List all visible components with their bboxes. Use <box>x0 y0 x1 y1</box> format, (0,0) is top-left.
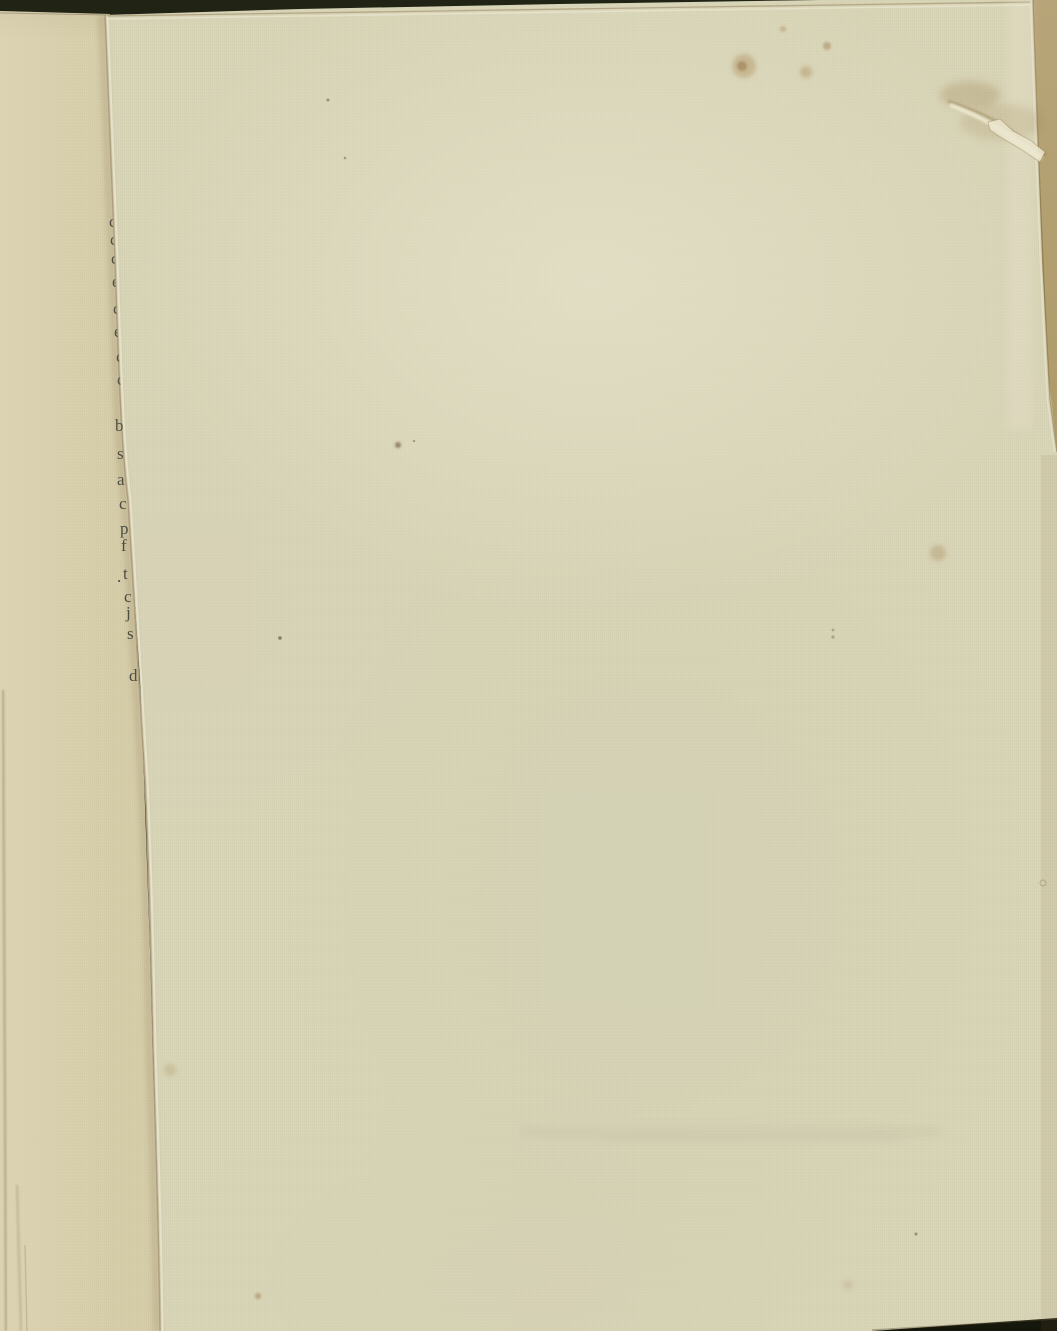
page-edge-letter: f <box>121 537 127 554</box>
page-edge-letter: b <box>115 417 124 434</box>
page-edge-letter: s <box>117 445 124 462</box>
book-scan: cccececcbsacpf.tcjsd <box>0 0 1057 1331</box>
page-edge-letter: a <box>117 471 125 488</box>
right-page-blank-leaf <box>0 0 1057 1331</box>
page-edge-letter: s <box>127 625 134 642</box>
page-edge-letter: d <box>129 667 138 684</box>
page-edge-letter: . <box>117 568 121 585</box>
page-edge-letter: t <box>123 565 128 582</box>
page-edge-letter: j <box>126 604 131 621</box>
page-edge-letter: c <box>119 495 127 512</box>
page-edge-letter: p <box>120 520 129 537</box>
